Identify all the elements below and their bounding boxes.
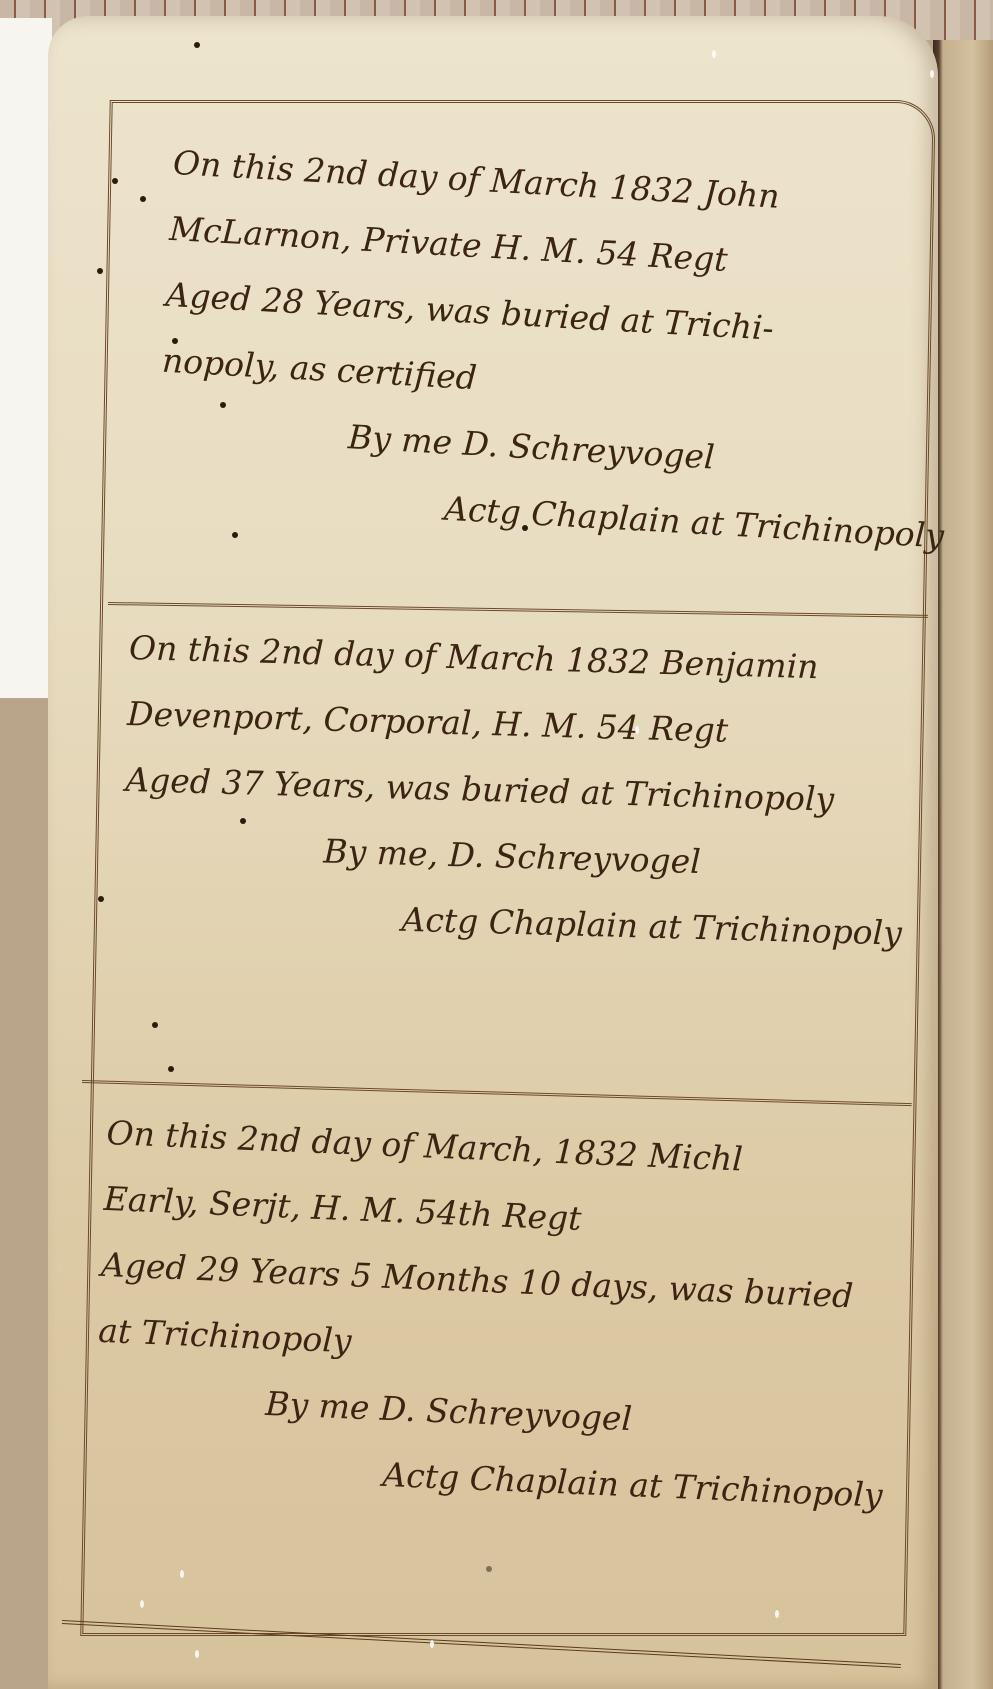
ink-speck	[112, 178, 118, 184]
ink-speck	[168, 1066, 174, 1072]
burial-entry: On this 2nd day of March, 1832 Michl Ear…	[91, 1100, 897, 1529]
burial-entry: On this 2nd day of March 1832 Benjamin D…	[121, 615, 910, 967]
ink-speck	[172, 338, 178, 344]
burial-entry: On this 2nd day of March 1832 John McLar…	[153, 130, 964, 570]
ink-speck	[97, 268, 103, 274]
ink-speck	[232, 532, 238, 538]
glare-highlight	[430, 1640, 434, 1648]
ink-speck	[98, 896, 104, 902]
ink-speck	[140, 196, 146, 202]
ink-speck	[486, 1566, 492, 1572]
glare-highlight	[635, 726, 639, 734]
ink-speck	[240, 818, 246, 824]
glare-highlight	[140, 1600, 144, 1608]
glare-highlight	[195, 1650, 199, 1658]
glare-highlight	[712, 50, 716, 58]
ink-speck	[152, 1022, 158, 1028]
adjacent-white-sheet	[0, 18, 52, 698]
ink-speck	[194, 42, 200, 48]
ink-speck	[522, 525, 528, 531]
glare-highlight	[930, 70, 934, 78]
glare-highlight	[180, 1570, 184, 1578]
glare-highlight	[775, 1610, 779, 1618]
ink-speck	[220, 402, 226, 408]
